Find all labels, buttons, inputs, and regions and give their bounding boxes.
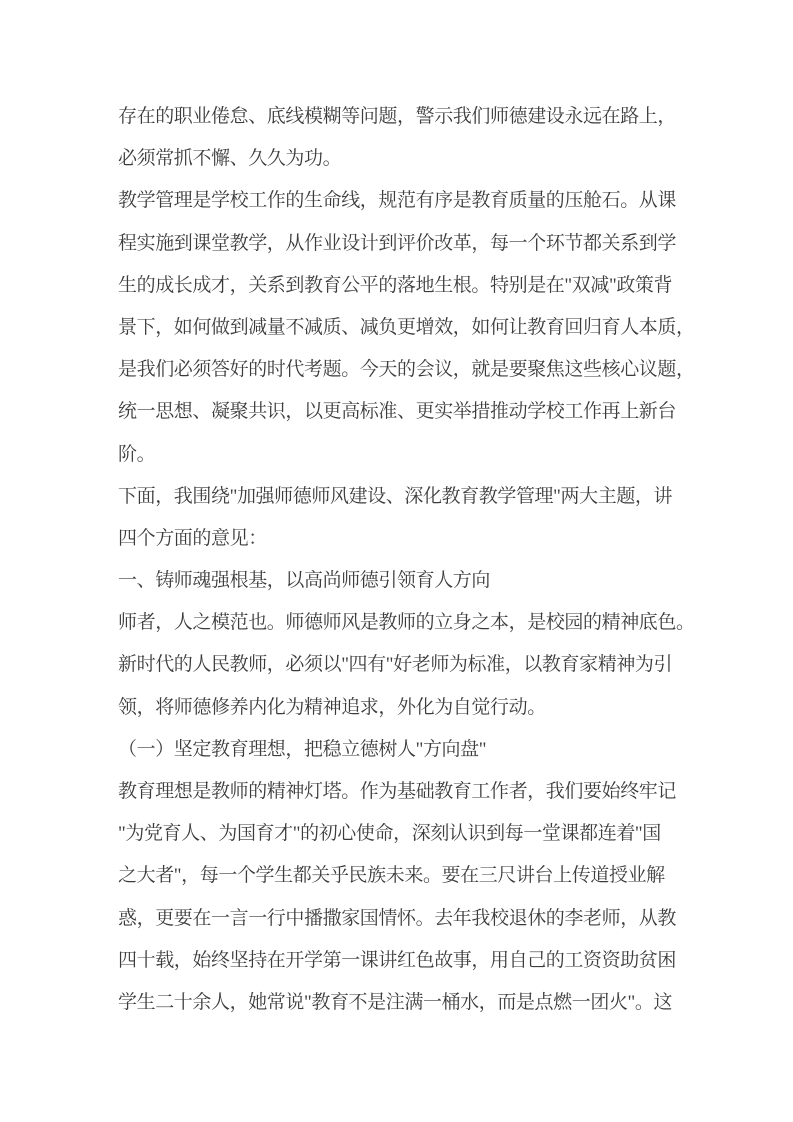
text-line: 师者，人之模范也。师德师风是教师的立身之本，是校园的精神底色。 — [118, 602, 678, 644]
paragraph-continuation-teacher-ethics-warning: 存在的职业倦怠、底线模糊等问题，警示我们师德建设永远在路上，必须常抓不懈、久久为… — [118, 96, 678, 180]
text-line: 存在的职业倦怠、底线模糊等问题，警示我们师德建设永远在路上， — [118, 96, 678, 138]
section-heading-1: 一、铸师魂强根基，以高尚师德引领育人方向 — [118, 560, 678, 602]
text-line: 学生二十余人，她常说"教育不是注满一桶水，而是点燃一团火"。这 — [118, 982, 678, 1024]
text-line: 领，将师德修养内化为精神追求，外化为自觉行动。 — [118, 687, 678, 729]
text-line: 新时代的人民教师，必须以"四有"好老师为标准，以教育家精神为引 — [118, 644, 678, 686]
text-line: 统一思想、凝聚共识，以更高标准、更实举措推动学校工作再上新台 — [118, 391, 678, 433]
text-line: 必须常抓不懈、久久为功。 — [118, 138, 678, 180]
text-line: 教育理想是教师的精神灯塔。作为基础教育工作者，我们要始终牢记 — [118, 771, 678, 813]
text-line: 之大者"，每一个学生都关乎民族未来。要在三尺讲台上传道授业解 — [118, 855, 678, 897]
paragraph-education-ideal: 教育理想是教师的精神灯塔。作为基础教育工作者，我们要始终牢记"为党育人、为国育才… — [118, 771, 678, 1024]
heading-line: 一、铸师魂强根基，以高尚师德引领育人方向 — [118, 560, 678, 602]
text-line: 程实施到课堂教学，从作业设计到评价改革，每一个环节都关系到学 — [118, 223, 678, 265]
document-page: 存在的职业倦怠、底线模糊等问题，警示我们师德建设永远在路上，必须常抓不懈、久久为… — [0, 0, 793, 1122]
text-line: 教学管理是学校工作的生命线，规范有序是教育质量的压舱石。从课 — [118, 180, 678, 222]
document-body: 存在的职业倦怠、底线模糊等问题，警示我们师德建设永远在路上，必须常抓不懈、久久为… — [118, 96, 678, 1024]
text-line: 惑，更要在一言一行中播撒家国情怀。去年我校退休的李老师，从教 — [118, 898, 678, 940]
paragraph-teaching-management: 教学管理是学校工作的生命线，规范有序是教育质量的压舱石。从课程实施到课堂教学，从… — [118, 180, 678, 475]
text-line: 阶。 — [118, 434, 678, 476]
subsection-heading-1-1: （一）坚定教育理想，把稳立德树人"方向盘" — [118, 729, 678, 771]
heading-line: （一）坚定教育理想，把稳立德树人"方向盘" — [118, 729, 678, 771]
paragraph-two-themes-intro: 下面，我围绕"加强师德师风建设、深化教育教学管理"两大主题，讲四个方面的意见： — [118, 476, 678, 560]
paragraph-teacher-role-model: 师者，人之模范也。师德师风是教师的立身之本，是校园的精神底色。新时代的人民教师，… — [118, 602, 678, 729]
text-line: 四个方面的意见： — [118, 518, 678, 560]
text-line: 景下，如何做到减量不减质、减负更增效，如何让教育回归育人本质， — [118, 307, 678, 349]
text-line: 是我们必须答好的时代考题。今天的会议，就是要聚焦这些核心议题， — [118, 349, 678, 391]
text-line: "为党育人、为国育才"的初心使命，深刻认识到每一堂课都连着"国 — [118, 813, 678, 855]
text-line: 下面，我围绕"加强师德师风建设、深化教育教学管理"两大主题，讲 — [118, 476, 678, 518]
text-line: 生的成长成才，关系到教育公平的落地生根。特别是在"双减"政策背 — [118, 265, 678, 307]
text-line: 四十载，始终坚持在开学第一课讲红色故事，用自己的工资资助贫困 — [118, 940, 678, 982]
